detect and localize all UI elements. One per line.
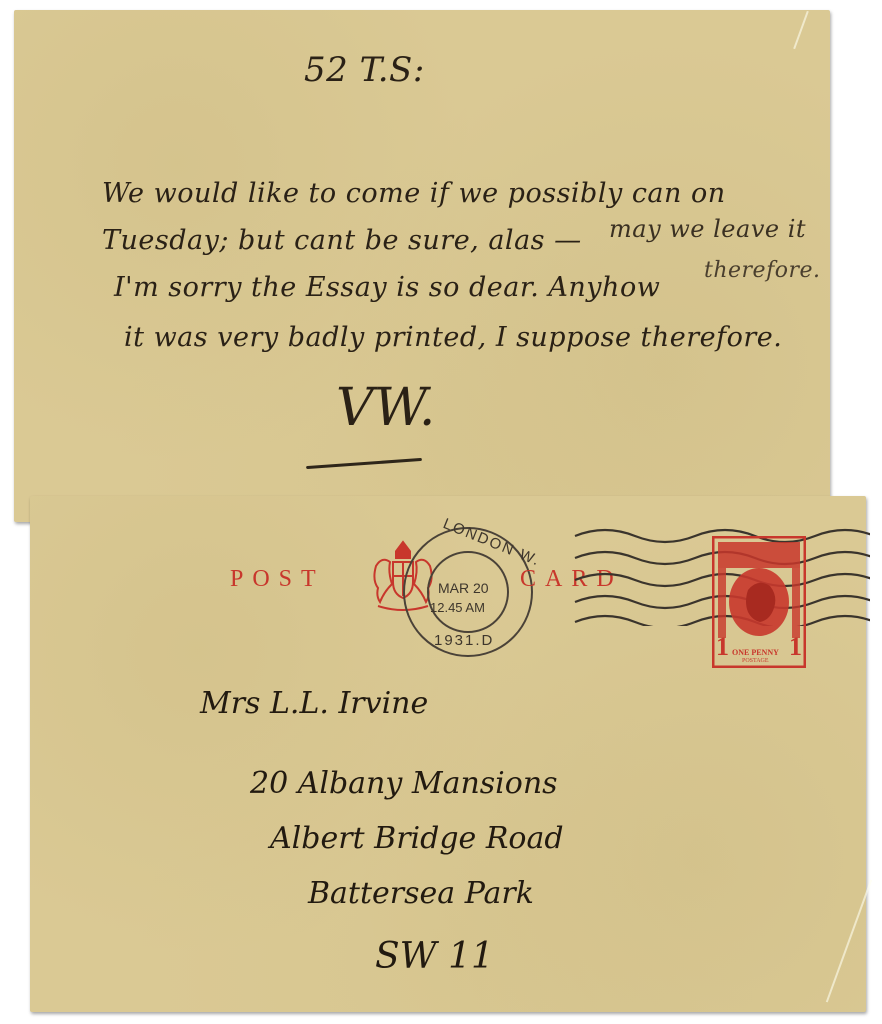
message-line-3: I'm sorry the Essay is so dear. Anyhow <box>114 272 660 303</box>
address-line-1: 20 Albany Mansions <box>250 766 558 801</box>
address-line-2: Albert Bridge Road <box>270 821 564 856</box>
reference-note: 52 T.S: <box>304 50 425 90</box>
message-line-4: it was very badly printed, I suppose the… <box>124 322 782 353</box>
address-line-3: Battersea Park <box>308 876 534 911</box>
message-line-1: We would like to come if we possibly can… <box>102 178 726 209</box>
signature: VW. <box>336 378 436 438</box>
postcard-address-side: POST LONDON W. MAR 20 12.45 AM 1931.D CA… <box>30 496 866 1012</box>
address-recipient: Mrs L.L. Irvine <box>200 686 428 721</box>
postcard-message-side: 52 T.S: We would like to come if we poss… <box>14 10 830 522</box>
inserted-text: may we leave it <box>609 215 806 243</box>
paper-crease <box>826 880 872 1003</box>
paper-crease <box>793 11 809 49</box>
message-line-2: Tuesday; but cant be sure, alas — <box>102 225 582 256</box>
postmark-year: 1931.D <box>434 632 494 649</box>
inserted-text-superscript: therefore. <box>704 258 820 283</box>
printed-post-label: POST <box>230 566 325 593</box>
one-penny-stamp: 1 1 ONE PENNY POSTAGE <box>712 536 806 668</box>
stamp-value-left: 1 <box>716 632 729 662</box>
postmark-date: MAR 20 <box>438 580 489 596</box>
address-postcode: SW 11 <box>375 936 494 977</box>
stamp-label: ONE PENNY <box>732 648 779 657</box>
stamp-sublabel: POSTAGE <box>742 658 769 664</box>
signature-underline <box>306 458 422 469</box>
postmark-time: 12.45 AM <box>430 600 485 615</box>
stamp-value-right: 1 <box>789 632 802 662</box>
